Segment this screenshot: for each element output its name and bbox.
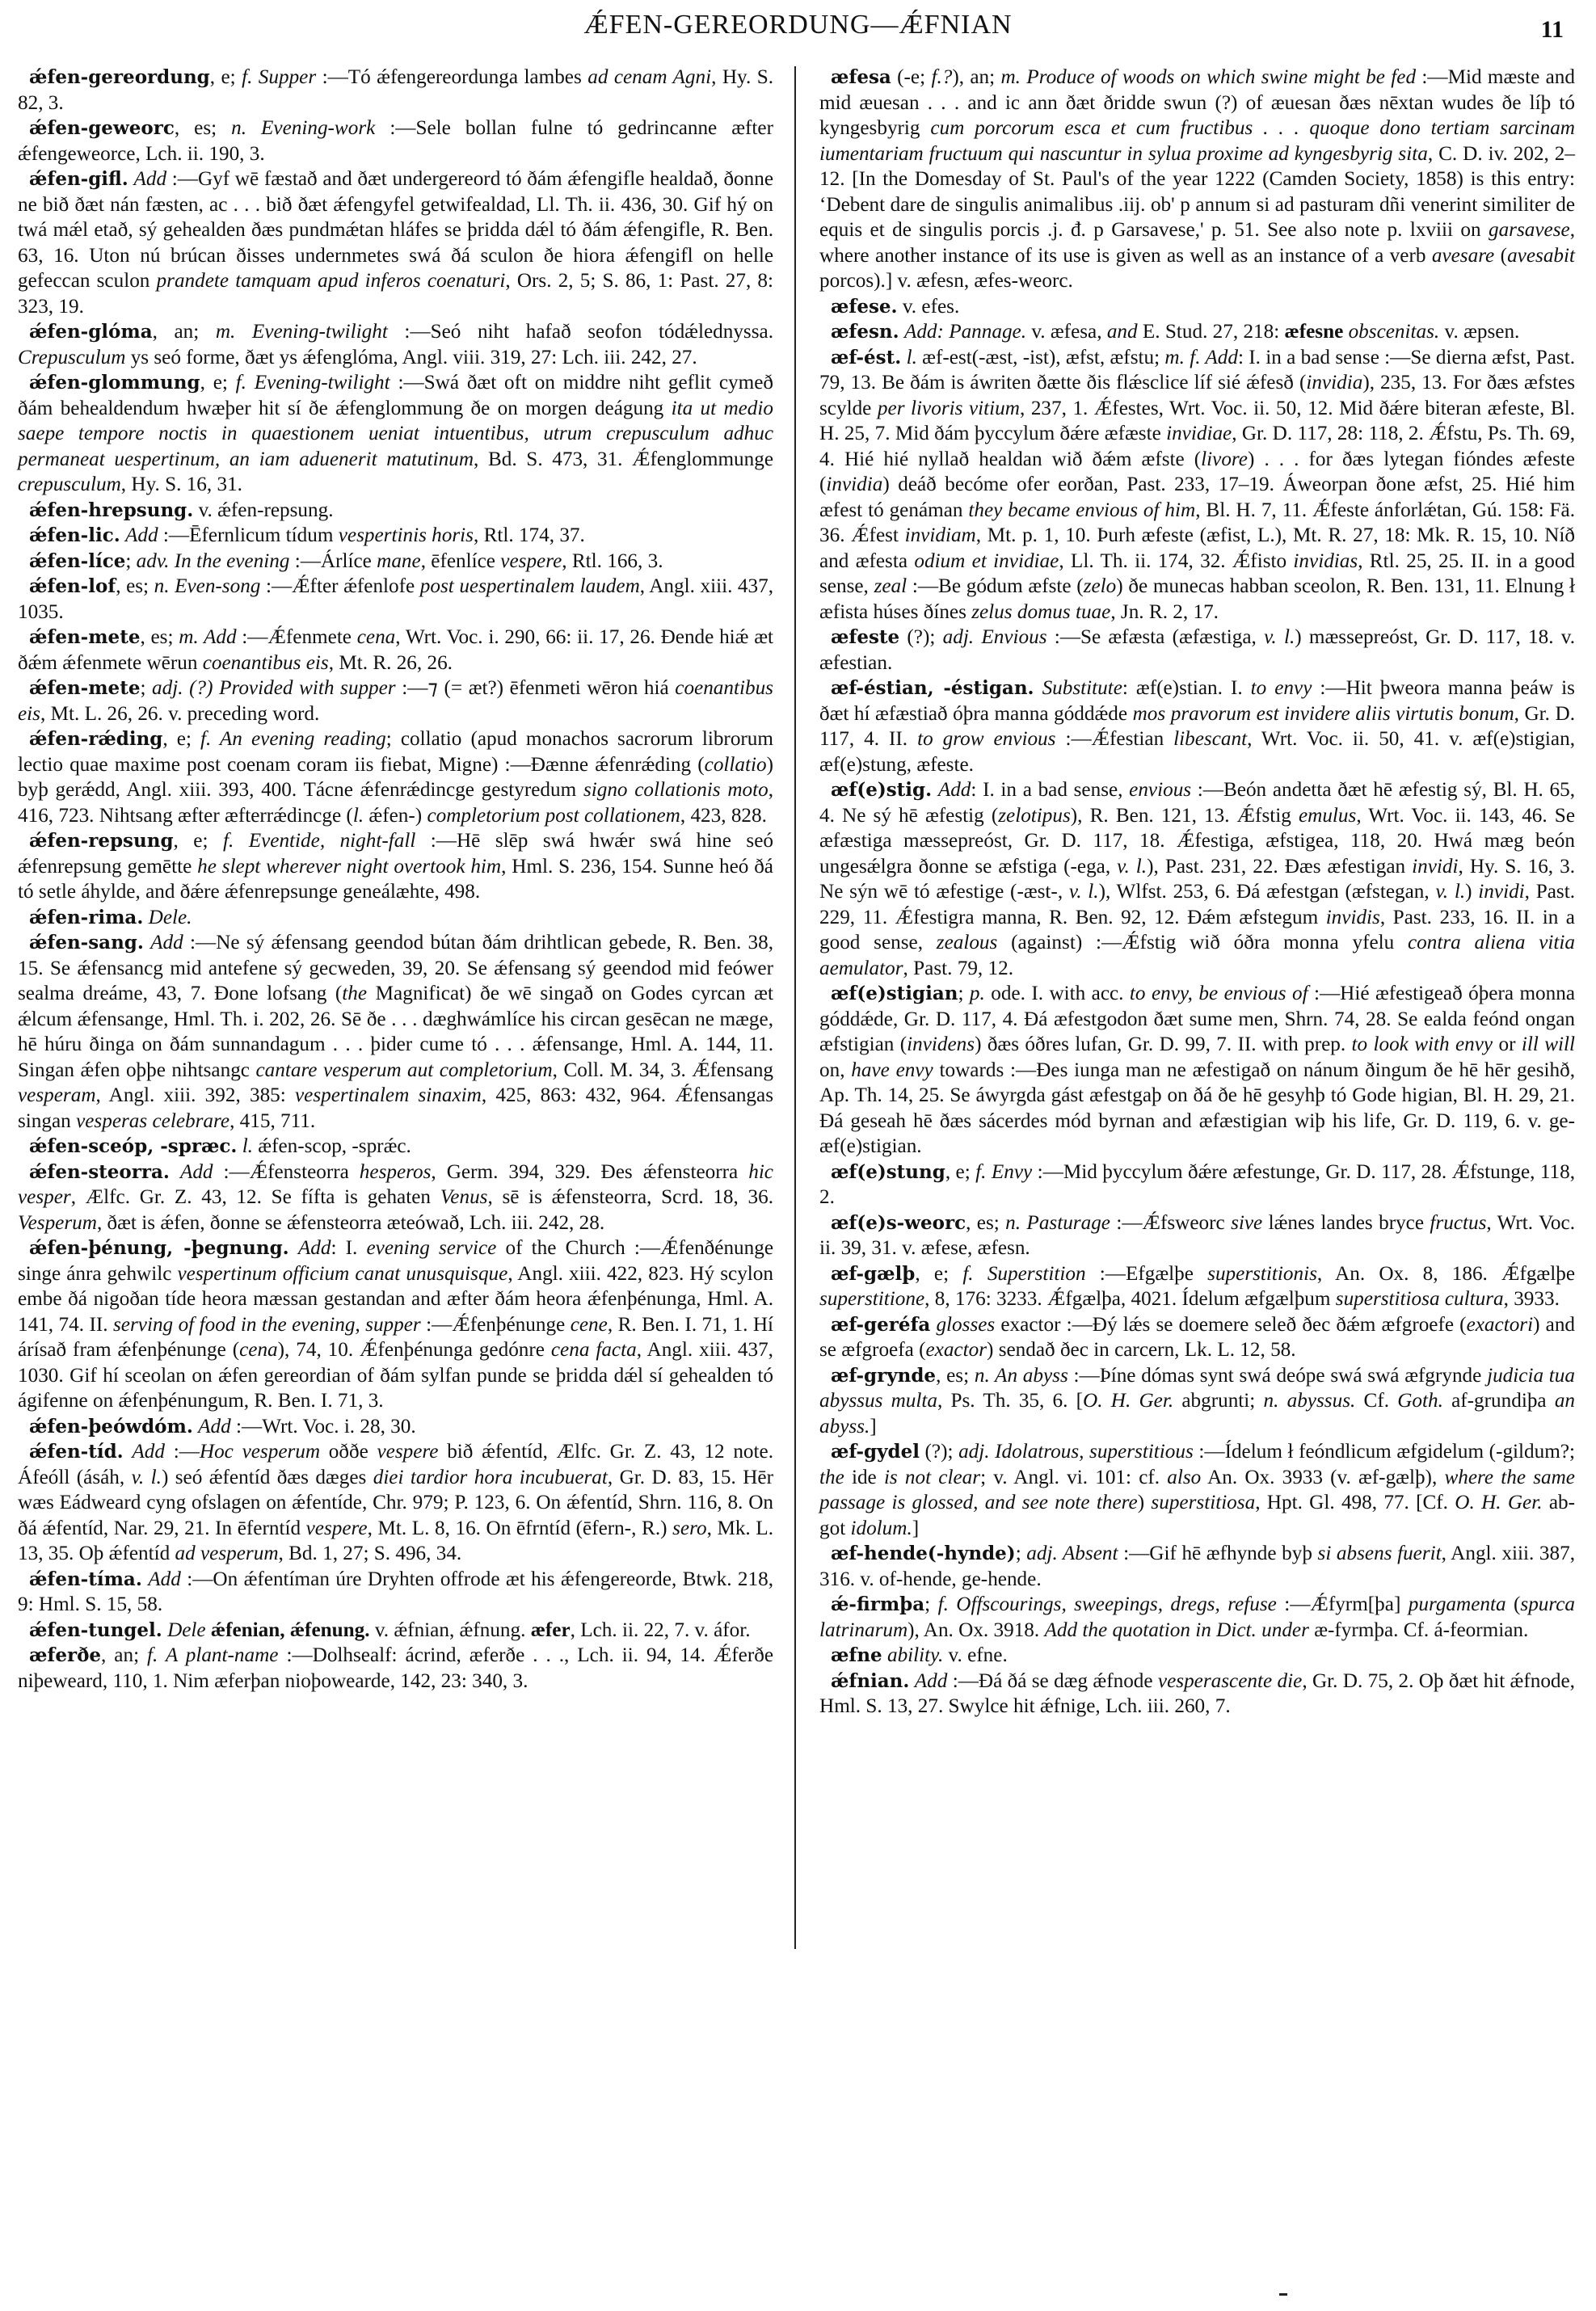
entry-italic-text: invidia [1306, 372, 1362, 394]
entry-text [144, 932, 150, 953]
dictionary-entry: æf(e)stig. Add: I. in a bad sense, envio… [819, 777, 1575, 981]
entry-italic-text: Add [198, 1416, 231, 1438]
dictionary-entry: ǽfen-líce; adv. In the evening :—Árlíce … [18, 549, 773, 575]
entry-text: :—Ǽfensteorra [213, 1161, 360, 1183]
entry-text: ys seó forme, ðæt ys ǽfenglóma, Angl. vi… [125, 347, 697, 368]
entry-italic-text: cantare vesperum aut completorium [255, 1059, 552, 1081]
entry-text: , Past. 79, 12. [903, 958, 1013, 979]
entry-headword: ǽfen-rima. [29, 907, 143, 928]
entry-text: v. ǽfen-repsung. [193, 499, 333, 521]
entry-text: :—Efgælþe [1086, 1263, 1208, 1285]
entry-text: :—Þíne dómas synt swá deópe swá swá æfgr… [1068, 1365, 1487, 1387]
entry-text: , e; [174, 830, 223, 852]
entry-text: (?); [920, 1441, 958, 1463]
entry-headword: ǽfen-mete [29, 626, 140, 648]
dictionary-entry: ǽfen-glóma, an; m. Evening-twilight :—Se… [18, 319, 773, 370]
entry-italic-text: zelotipus [998, 805, 1071, 827]
entry-headword: ǽfen-gifl. [29, 168, 128, 190]
entry-text: , 3933. [1504, 1288, 1560, 1310]
entry-text: ] [912, 1518, 919, 1539]
entry-headword: æf-gælþ [831, 1263, 915, 1285]
entry-headword: ǽfen-hrepsung. [29, 499, 193, 521]
dictionary-entry: æf-hende(-hynde); adj. Absent :—Gif hē æ… [819, 1541, 1575, 1592]
entry-italic-text: superstitionis [1207, 1263, 1317, 1285]
dictionary-entry: ǽfen-sang. Add :—Ne sý ǽfensang geendod … [18, 930, 773, 1134]
entry-italic-text: post uespertinalem laudem [420, 575, 640, 597]
entry-italic-text: n. Evening-work [231, 117, 375, 139]
entry-text: , e; [210, 66, 242, 88]
entry-italic-text: is not clear [884, 1467, 980, 1488]
entry-text [170, 1161, 180, 1183]
dictionary-entry: ǽfen-mete, es; m. Add :—Ǽfenmete cena, W… [18, 625, 773, 676]
entry-italic-text: vespere [500, 550, 562, 572]
entry-text: Cf. [1355, 1390, 1397, 1412]
entry-italic-text: Add: Pannage. [904, 321, 1026, 343]
entry-italic-text: Hoc vesperum [200, 1441, 320, 1463]
entry-italic-text: sero [672, 1518, 706, 1539]
entry-text: : I. [331, 1237, 366, 1259]
entry-text: , 8, 176: 3233. Ǽfgælþa, 4021. Ídelum æf… [924, 1288, 1336, 1310]
entry-text: , Jn. R. 2, 17. [1110, 601, 1219, 623]
entry-text: oððe [320, 1441, 377, 1463]
page-header: ǼFEN-GEREORDUNG—ǼFNIAN 11 [0, 6, 1596, 45]
entry-headword: ǽfen-gereordung [29, 66, 210, 88]
entry-text [124, 1441, 133, 1463]
entry-text: ; [1016, 1543, 1027, 1564]
dictionary-entry: æf-geréfa glosses exactor :—Ðý lǽs se do… [819, 1312, 1575, 1363]
entry-italic-text: Add [915, 1670, 948, 1692]
entry-italic-text: adj. Envious [943, 626, 1047, 648]
entry-italic-text: superstitiosa cultura [1336, 1288, 1504, 1310]
entry-text: , e; [162, 728, 200, 750]
entry-text: :—⁊ (= æt?) ēfenmeti wēron hiá [396, 677, 676, 699]
entry-italic-text: p. [970, 983, 985, 1004]
dictionary-entry: æfesa (-e; f.?), an; m. Produce of woods… [819, 65, 1575, 294]
entry-italic-text: adj. Absent [1026, 1543, 1118, 1564]
entry-headword: ǽfen-þeówdóm. [29, 1416, 193, 1438]
entry-headword: æf-gydel [831, 1441, 920, 1463]
entry-text: towards :—Ðes iunga man ne æfestigað on … [819, 1059, 1575, 1158]
entry-italic-text: n. Even-song [154, 575, 261, 597]
dictionary-entry: ǽfen-hrepsung. v. ǽfen-repsung. [18, 498, 773, 524]
column-divider [794, 66, 796, 1949]
entry-italic-text: hesperos [360, 1161, 432, 1183]
entry-text: , An. Ox. 8, 186. Ǽfgælþe [1317, 1263, 1575, 1285]
dictionary-entry: ǽfen-geweorc, es; n. Evening-work :—Sele… [18, 116, 773, 166]
dictionary-entry: ǽfen-gereordung, e; f. Supper :—Tó ǽfeng… [18, 65, 773, 116]
entry-italic-text: Substitute [1042, 677, 1122, 699]
entry-text: , es; [116, 575, 154, 597]
entry-italic-text: sive [1231, 1212, 1262, 1234]
entry-text: on, [819, 1059, 851, 1081]
entry-text: ; [958, 983, 969, 1004]
entry-italic-text: n. An abyss [975, 1365, 1068, 1387]
entry-headword: ǽfen-glóma [29, 321, 153, 343]
entry-text: :—Se æfæsta (æfæstiga, [1047, 626, 1265, 648]
entry-italic-text: ad vesperum [175, 1543, 279, 1564]
entry-italic-text: invidi [1412, 856, 1458, 878]
entry-italic-text: the [819, 1467, 844, 1488]
entry-text: , Hy. S. 16, 31. [121, 474, 242, 495]
entry-italic-text: O. H. Ger. [1083, 1390, 1173, 1412]
entry-italic-text: m. f. Add [1164, 347, 1238, 368]
entry-italic-text: f. An evening reading [200, 728, 386, 750]
entry-text: ), Wlfst. 253, 6. Ðá æfestgan (æfstegan, [1099, 881, 1436, 903]
entry-italic-text: superstitione [819, 1288, 924, 1310]
entry-italic-text: vespertinis horis [339, 524, 474, 546]
entry-italic-text: Add [125, 524, 158, 546]
entry-text: (-e; [891, 66, 932, 88]
entry-headword: ǽfnian. [831, 1670, 909, 1692]
entry-italic-text: invidia [826, 474, 882, 495]
entry-italic-text: Add [938, 779, 971, 801]
entry-italic-text: m. Add [179, 626, 236, 648]
entry-italic-text: Goth. [1397, 1390, 1443, 1412]
entry-italic-text: completorium post collationem [427, 805, 680, 827]
entry-headword: ǽfen-tíd. [29, 1441, 124, 1463]
entry-text: , Ælfc. Gr. Z. 43, 12. Se fífta is gehat… [71, 1186, 440, 1208]
entry-italic-text: serving of food in the evening, supper [113, 1314, 421, 1336]
entry-text: :—Ǽfestian [1055, 728, 1173, 750]
dictionary-entry: ǽfen-tíd. Add :—Hoc vesperum oððe vesper… [18, 1439, 773, 1567]
entry-text: , Mt. L. 8, 16. On ēfrntíd (ēfern-, R.) [368, 1518, 673, 1539]
entry-italic-text: vespertinalem sinaxim [295, 1084, 482, 1106]
entry-text: :—Tó ǽfengereordunga lambes [316, 66, 587, 88]
entry-text: :— [165, 1441, 200, 1463]
dictionary-columns: ǽfen-gereordung, e; f. Supper :—Tó ǽfeng… [18, 65, 1579, 2295]
entry-italic-text: ill will [1522, 1033, 1575, 1055]
dictionary-entry: ǽfen-þénung, -þegnung. Add: I. evening s… [18, 1235, 773, 1414]
entry-italic-text: Dele. [149, 907, 192, 928]
entry-italic-text: l. [242, 1135, 253, 1157]
entry-text: ide [844, 1467, 884, 1488]
entry-text: , 415, 711. [230, 1110, 315, 1132]
entry-headword: ǽfen-repsung [29, 830, 174, 852]
entry-headword: ǽfen-geweorc [29, 117, 175, 139]
dictionary-entry: æf-ést. l. æf-est(-æst, -ist), æfst, æfs… [819, 345, 1575, 625]
entry-italic-text: m. Produce of woods on which swine might… [1000, 66, 1416, 88]
entry-text: , Hpt. Gl. 498, 77. [Cf. [1255, 1492, 1455, 1513]
entry-headword: ǽfen-steorra. [29, 1161, 170, 1183]
dictionary-entry: æfesn. Add: Pannage. v. æfesa, and E. St… [819, 319, 1575, 345]
entry-text: ) seó ǽfentíd ðæs dæges [162, 1467, 373, 1488]
entry-text: , Ps. Th. 35, 6. [ [937, 1390, 1083, 1412]
entry-text: , es; [140, 626, 179, 648]
entry-italic-text: exactori [1467, 1314, 1534, 1336]
entry-italic-text: mane [377, 550, 421, 572]
entry-text: :—Ǽfter ǽfenlofe [260, 575, 419, 597]
entry-text: ) ðæs óðres lufan, Gr. D. 99, 7. II. wit… [975, 1033, 1351, 1055]
entry-text: v. ǽfnian, ǽfnung. [370, 1619, 531, 1641]
entry-italic-text: f. Supper [242, 66, 316, 88]
entry-text: , Coll. M. 34, 3. Ǽfensang [553, 1059, 773, 1081]
entry-italic-text: invidens [907, 1033, 975, 1055]
entry-italic-text: purgamenta [1409, 1593, 1506, 1615]
entry-italic-text: vespere [377, 1441, 439, 1463]
entry-text: , Bd. S. 473, 31. Ǽfenglommunge [474, 448, 773, 470]
dictionary-entry: ǽfen-steorra. Add :—Ǽfensteorra hesperos… [18, 1160, 773, 1236]
entry-italic-text: v. l. [132, 1467, 162, 1488]
entry-text: exactor :—Ðý lǽs se doemere seleð ðec ðǽ… [995, 1314, 1466, 1336]
entry-headword: ǽfen-tíma. [29, 1568, 142, 1590]
entry-italic-text: f. Offscourings, sweepings, dregs, refus… [938, 1593, 1277, 1615]
entry-headword: æfne [831, 1644, 882, 1666]
entry-text: , Mt. R. 26, 26. [329, 652, 453, 674]
entry-text: or [1493, 1033, 1522, 1055]
entry-text: lǽnes landes bryce [1262, 1212, 1430, 1234]
entry-text: , ðæt is ǽfen, ðonne se ǽfensteorra æteó… [97, 1212, 604, 1234]
entry-italic-text: to envy [1251, 677, 1312, 699]
entry-italic-text: superstitiosa [1151, 1492, 1255, 1513]
entry-text: :—Ǽfyrm[þa] [1277, 1593, 1409, 1615]
dictionary-entry: æfese. v. efes. [819, 294, 1575, 320]
entry-text: æf-est(-æst, -ist), æfst, æfstu; [917, 347, 1165, 368]
entry-headword: ǽfen-sceóp, -spræc. [29, 1135, 237, 1157]
entry-text: ] [870, 1416, 876, 1438]
entry-italic-text: f. Superstition [962, 1263, 1085, 1285]
entry-headword: ǽ-firmþa [831, 1593, 924, 1615]
entry-text: ; [140, 677, 152, 699]
entry-italic-text: have envy [851, 1059, 933, 1081]
entry-italic-text: n. Pasturage [1005, 1212, 1110, 1234]
entry-text: ), Past. 231, 22. Ðæs æfestigan [1147, 856, 1412, 878]
entry-bold-text: æfer [531, 1619, 571, 1641]
dictionary-entry: æfeste (?); adj. Envious :—Se æfæsta (æf… [819, 625, 1575, 676]
dictionary-entry: ǽ-firmþa; f. Offscourings, sweepings, dr… [819, 1592, 1575, 1643]
dictionary-entry: ǽfen-sceóp, -spræc. l. ǽfen-scop, -sprǽc… [18, 1134, 773, 1160]
entry-italic-text: vesperam [18, 1084, 96, 1106]
dictionary-entry: ǽfen-gifl. Add :—Gyf wē fæstað and ðæt u… [18, 166, 773, 319]
entry-italic-text: vespertinum officium canat unusquisque [178, 1263, 508, 1285]
entry-italic-text: v. l. [1435, 881, 1465, 903]
entry-italic-text: v. l. [1117, 856, 1147, 878]
entry-italic-text: ability. [887, 1644, 943, 1666]
entry-headword: æf-ést. [831, 347, 901, 368]
entry-text: , Rtl. 166, 3. [562, 550, 663, 572]
entry-text: ( [1506, 1593, 1521, 1615]
entry-italic-text: they became envious of him [968, 499, 1195, 521]
entry-italic-text: v. l. [1264, 626, 1295, 648]
dictionary-entry: ǽfen-rima. Dele. [18, 905, 773, 931]
entry-headword: æf(e)stung [831, 1161, 945, 1183]
dictionary-entry: ǽfen-rǽding, e; f. An evening reading; c… [18, 726, 773, 828]
dictionary-entry: ǽfen-mete; adj. (?) Provided with supper… [18, 676, 773, 726]
entry-italic-text: zealous [937, 932, 998, 953]
entry-text: :—Seó niht hafað seofon tódǽlednyssa. [388, 321, 773, 343]
entry-italic-text: garsavese [1489, 219, 1570, 241]
entry-text: ( [1494, 245, 1507, 267]
entry-italic-text: invidis [1326, 907, 1380, 928]
entry-bold-text: æfesne [1285, 321, 1344, 343]
entry-italic-text: avesare [1432, 245, 1494, 267]
left-column: ǽfen-gereordung, e; f. Supper :—Tó ǽfeng… [18, 65, 773, 1694]
entry-italic-text: Add [133, 168, 166, 190]
entry-text: ǽfen-) [364, 805, 427, 827]
entry-italic-text: he slept wherever night overtook him [197, 856, 501, 878]
entry-italic-text: signo collationis moto [583, 779, 769, 801]
entry-text: af-grundiþa [1443, 1390, 1555, 1412]
dictionary-entry: æf(e)s-weorc, es; n. Pasturage :—Ǽfsweor… [819, 1210, 1575, 1261]
entry-text: ǽfen-scop, -sprǽc. [253, 1135, 411, 1157]
entry-italic-text: f. Envy [975, 1161, 1032, 1183]
entry-text: v. æfesa, [1026, 321, 1107, 343]
entry-text: ) [1138, 1492, 1152, 1513]
entry-text: : æf(e)stian. I. [1122, 677, 1251, 699]
entry-headword: ǽfen-glommung [29, 372, 200, 394]
entry-headword: æfesa [831, 66, 891, 88]
entry-headword: æf-éstian, -éstigan. [831, 677, 1034, 699]
entry-italic-text: zeal [874, 575, 907, 597]
entry-italic-text: exactor [925, 1339, 987, 1361]
entry-text: (?); [899, 626, 942, 648]
entry-text: An. Ox. 3933 (v. æf-gælþ), [1201, 1467, 1444, 1488]
entry-text: , Bd. 1, 27; S. 496, 34. [279, 1543, 462, 1564]
dictionary-entry: æf(e)stigian; p. ode. I. with acc. to en… [819, 981, 1575, 1160]
entry-italic-text: glosses [936, 1314, 995, 1336]
dictionary-entry: æf-gælþ, e; f. Superstition :—Efgælþe su… [819, 1261, 1575, 1312]
entry-italic-text: also [1167, 1467, 1201, 1488]
bottom-mark [1279, 2293, 1287, 2296]
entry-italic-text: v. l. [1069, 881, 1099, 903]
entry-text: , sē is ǽfensteorra, Scrd. 18, 36. [487, 1186, 773, 1208]
entry-text: :—Gif hē æfhynde byþ [1118, 1543, 1317, 1564]
entry-text: , Angl. xiii. 392, 385: [96, 1084, 295, 1106]
dictionary-entry: ǽfen-þeówdóm. Add :—Wrt. Voc. i. 28, 30. [18, 1414, 773, 1440]
entry-italic-text: Add [298, 1237, 331, 1259]
entry-headword: æfese. [831, 296, 898, 318]
entry-italic-text: coenantibus eis [203, 652, 329, 674]
entry-text: ) [1465, 881, 1478, 903]
entry-italic-text: obscenitas. [1349, 321, 1440, 343]
entry-italic-text: cena [357, 626, 396, 648]
entry-text: ), R. Ben. 121, 13. Ǽfstig [1071, 805, 1299, 827]
entry-text: , es; [175, 117, 231, 139]
entry-text: E. Stud. 27, 218: [1138, 321, 1285, 343]
entry-text: :—Árlíce [289, 550, 377, 572]
entry-italic-text: vespere [306, 1518, 368, 1539]
entry-italic-text: collatio [705, 754, 767, 776]
entry-italic-text: si absens fuerit [1318, 1543, 1442, 1564]
entry-text: , e; [200, 372, 236, 394]
entry-headword: æf-grynde [831, 1365, 936, 1387]
entry-text: :—Wrt. Voc. i. 28, 30. [231, 1416, 416, 1438]
entry-italic-text: fructus [1430, 1212, 1486, 1234]
entry-text: porcos).] v. æfesn, æfes-weorc. [819, 270, 1073, 292]
entry-italic-text: Vesperum [18, 1212, 97, 1234]
entry-text [1034, 677, 1042, 699]
entry-italic-text: Venus [440, 1186, 488, 1208]
dictionary-entry: ǽfnian. Add :—Ðá ðá se dæg ǽfnode vesper… [819, 1669, 1575, 1720]
entry-italic-text: Add [150, 932, 183, 953]
entry-italic-text: emulus [1299, 805, 1356, 827]
entry-text: ode. I. with acc. [985, 983, 1130, 1004]
entry-headword: ǽfen-rǽding [29, 728, 162, 750]
entry-italic-text: invidi [1478, 881, 1524, 903]
entry-italic-text: avesabit [1507, 245, 1575, 267]
entry-text: , es; [966, 1212, 1005, 1234]
entry-italic-text: idolum. [850, 1518, 912, 1539]
entry-text: ), 74, 10. Ǽfenþénunga gedónre [278, 1339, 551, 1361]
entry-italic-text: to look with envy [1352, 1033, 1493, 1055]
entry-italic-text: Crepusculum [18, 347, 125, 368]
entry-headword: æfeste [831, 626, 899, 648]
entry-italic-text: f. Evening-twilight [236, 372, 390, 394]
dictionary-entry: æf(e)stung, e; f. Envy :—Mid þyccylum ðǽ… [819, 1160, 1575, 1210]
dictionary-entry: ǽfen-lic. Add :—Ēfernlicum tídum vespert… [18, 523, 773, 549]
dictionary-entry: ǽfen-lof, es; n. Even-song :—Ǽfter ǽfenl… [18, 574, 773, 625]
entry-headword: ǽfen-mete [29, 677, 140, 699]
entry-italic-text: crepusculum [18, 474, 121, 495]
entry-italic-text: and [1107, 321, 1138, 343]
entry-headword: ǽfen-sang. [29, 932, 144, 953]
entry-headword: æf-geréfa [831, 1314, 930, 1336]
entry-italic-text: f.? [931, 66, 952, 88]
dictionary-entry: ǽfen-repsung, e; f. Eventide, night-fall… [18, 828, 773, 905]
entry-text: v. æpsen. [1439, 321, 1519, 343]
page-number: 11 [1541, 16, 1564, 44]
entry-italic-text: vesperascente die [1158, 1670, 1302, 1692]
entry-italic-text: prandete tamquam apud inferos coenaturi [157, 270, 506, 292]
entry-headword: ǽfen-tungel. [29, 1619, 162, 1641]
entry-text: : I. in a bad sense, [971, 779, 1129, 801]
entry-italic-text: Add [180, 1161, 213, 1183]
entry-italic-text: l. [353, 805, 364, 827]
entry-text: , Lch. ii. 22, 7. v. áfor. [571, 1619, 751, 1641]
entry-text [289, 1237, 298, 1259]
entry-text: , es; [936, 1365, 975, 1387]
entry-text: :—Ídelum ł feóndlicum æfgidelum (-gildum… [1194, 1441, 1575, 1463]
entry-italic-text: zelus domus tuae [971, 601, 1110, 623]
entry-text: ; [125, 550, 136, 572]
entry-italic-text: m. Evening-twilight [216, 321, 388, 343]
entry-italic-text: adj. (?) Provided with supper [152, 677, 396, 699]
entry-headword: æf(e)s-weorc [831, 1212, 966, 1234]
entry-italic-text: O. H. Ger. [1455, 1492, 1542, 1513]
entry-italic-text: f. A plant-name [147, 1644, 278, 1666]
entry-italic-text: ad cenam Agni [587, 66, 711, 88]
entry-italic-text: l. [907, 347, 917, 368]
entry-text: ; v. Angl. vi. 101: cf. [980, 1467, 1167, 1488]
entry-italic-text: to envy, be envious of [1130, 983, 1308, 1004]
entry-italic-text: adj. Idolatrous, superstitious [958, 1441, 1194, 1463]
entry-italic-text: the [342, 983, 367, 1004]
dictionary-entry: æfne ability. v. efne. [819, 1643, 1575, 1669]
entry-italic-text: cena [239, 1339, 278, 1361]
dictionary-entry: æferðe, an; f. A plant-name :—Dolhsealf:… [18, 1643, 773, 1694]
dictionary-entry: æf-grynde, es; n. An abyss :—Þíne dómas … [819, 1363, 1575, 1440]
entry-italic-text: Dele [167, 1619, 206, 1641]
entry-text: , e; [945, 1161, 975, 1183]
entry-italic-text: per livoris vitium [878, 398, 1020, 419]
entry-headword: ǽfen-lof [29, 575, 116, 597]
entry-text: abgrunti; [1173, 1390, 1263, 1412]
entry-text: , Ll. Th. ii. 174, 32. Ǽfisto [1059, 550, 1293, 572]
entry-italic-text: envious [1129, 779, 1191, 801]
entry-text: , Rtl. 174, 37. [474, 524, 585, 546]
entry-italic-text: invidiam [905, 524, 976, 546]
entry-italic-text: invidiae [1166, 423, 1232, 444]
entry-italic-text: Add [132, 1441, 165, 1463]
entry-italic-text: Add [148, 1568, 181, 1590]
entry-bold-text: ǽfenian, ǽfenung. [211, 1619, 370, 1641]
entry-text: ), An. Ox. 3918. [907, 1619, 1044, 1641]
entry-text: :—Be gódum æfste ( [907, 575, 1084, 597]
dictionary-entry: ǽfen-tungel. Dele ǽfenian, ǽfenung. v. ǽ… [18, 1618, 773, 1644]
entry-text: , e; [915, 1263, 962, 1285]
entry-italic-text: cena facta [551, 1339, 637, 1361]
entry-italic-text: odium et invidiae [914, 550, 1059, 572]
entry-italic-text: evening service [367, 1237, 497, 1259]
